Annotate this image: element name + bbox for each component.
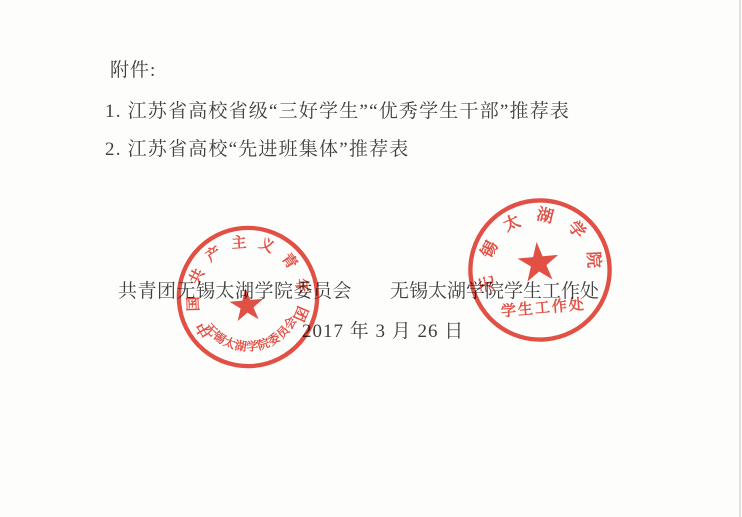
attachment-label: 附件: [110,61,156,80]
attachment-item: 2. 江苏省高校“先进班集体”推荐表 [105,140,409,159]
seal-arc-text: 无锡太湖学院 [470,198,606,293]
seal-center-text: 学生工作处 [500,295,586,320]
official-seal-youth-league: 中国共产主义青年团 无锡太湖学院委员会 [176,225,320,369]
star-icon [516,240,560,282]
seal-bottom-text: 无锡太湖学院委员会 [201,312,302,357]
official-seal-student-affairs: 无锡太湖学院 学生工作处 [467,197,613,343]
signature-date: 2017 年 3 月 26 日 [302,322,464,341]
scan-page-edge [739,0,741,517]
attachment-item: 1. 江苏省高校省级“三好学生”“优秀学生干部”推荐表 [105,102,570,121]
star-icon [228,287,265,322]
scanned-document-page: 附件: 1. 江苏省高校省级“三好学生”“优秀学生干部”推荐表 2. 江苏省高校… [0,0,742,517]
